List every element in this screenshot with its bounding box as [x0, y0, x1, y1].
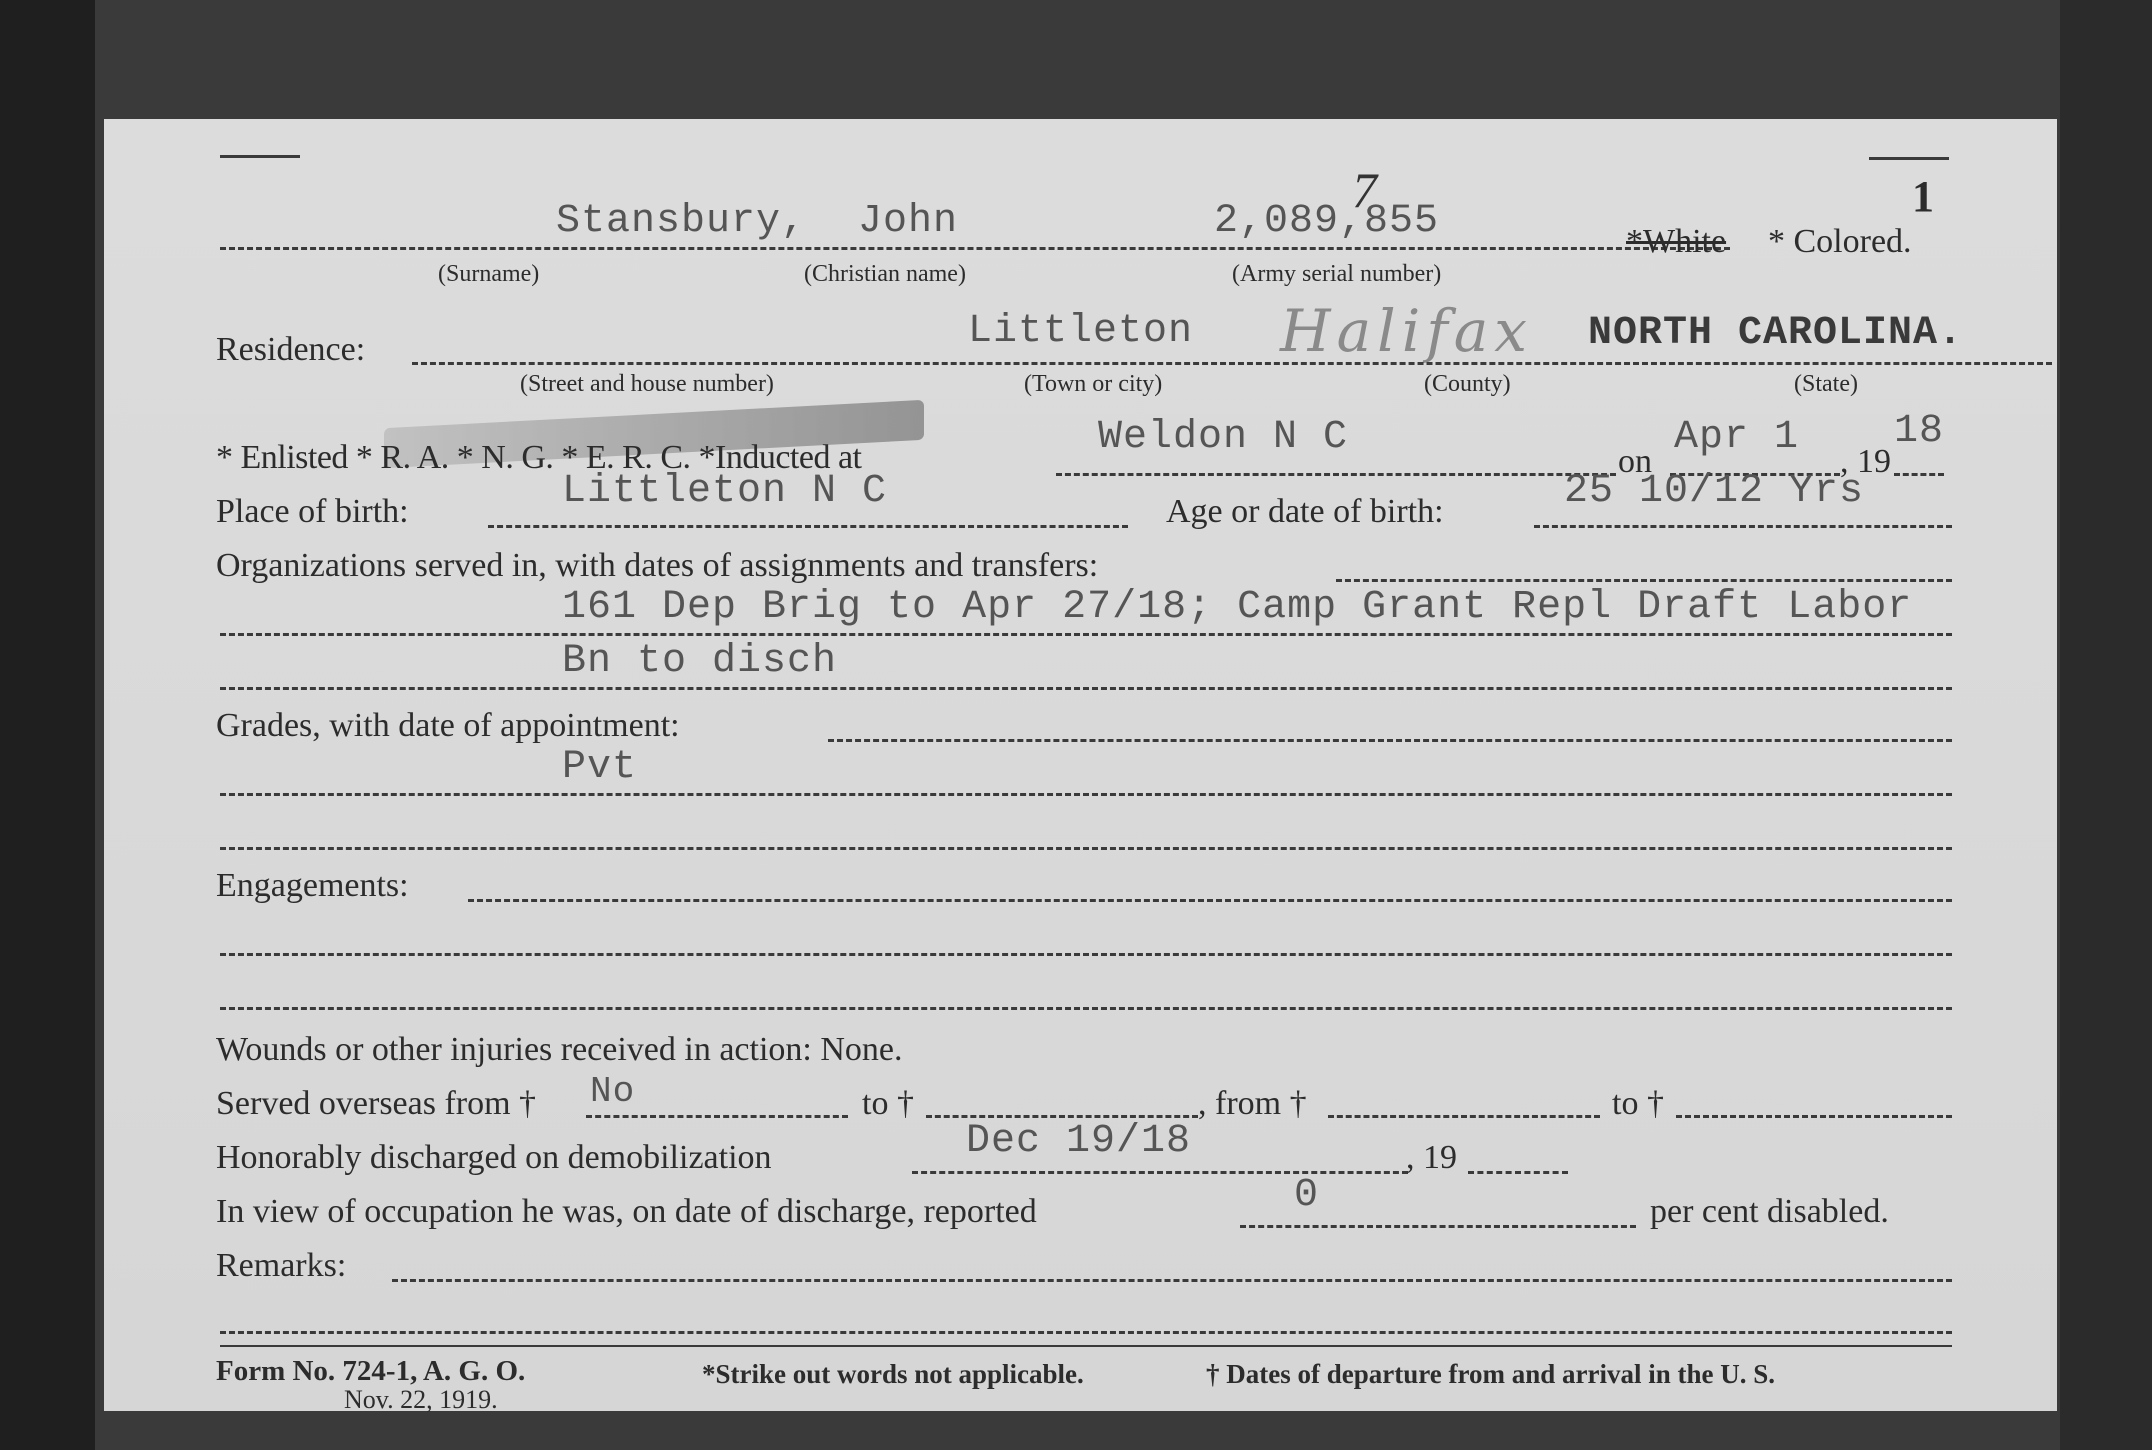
engagements-line-2 [220, 1007, 1952, 1010]
form-date: Nov. 22, 1919. [344, 1385, 498, 1415]
engagements-label: Engagements: [216, 867, 409, 905]
wounds-label: Wounds or other injuries received in act… [216, 1031, 903, 1069]
christian-name-value: John [858, 199, 958, 244]
disability-line [1240, 1225, 1636, 1228]
organizations-line1-value: 161 Dep Brig to Apr 27/18; Camp Grant Re… [562, 585, 1912, 630]
induction-year-line [1894, 473, 1944, 476]
overseas-from2-label: , from † [1198, 1085, 1307, 1123]
grades-line-2 [220, 847, 1952, 850]
caption-street: (Street and house number) [520, 371, 774, 398]
overseas-from-line [586, 1115, 848, 1118]
footer-rule [220, 1345, 1952, 1347]
footnote-dates: † Dates of departure from and arrival in… [1206, 1359, 1775, 1390]
residence-line [412, 362, 2052, 365]
corner-tick-left [220, 155, 300, 158]
place-of-birth-label: Place of birth: [216, 493, 409, 531]
overseas-label: Served overseas from † [216, 1085, 536, 1123]
grades-label: Grades, with date of appointment: [216, 707, 680, 745]
caption-surname: (Surname) [438, 261, 539, 288]
footnote-strike-out: *Strike out words not applicable. [702, 1359, 1084, 1390]
serial-number-value: 2,089,855 [1214, 199, 1439, 244]
engagements-line-1 [220, 953, 1952, 956]
remarks-line-0 [392, 1279, 1952, 1282]
age-value: 25 10/12 Yrs [1564, 469, 1864, 514]
induction-place-line [1056, 473, 1616, 476]
grades-value: Pvt [562, 745, 637, 790]
remarks-label: Remarks: [216, 1247, 346, 1285]
remarks-line-1 [220, 1331, 1952, 1334]
organizations-line2-value: Bn to disch [562, 639, 837, 684]
engagements-line-0 [468, 899, 1952, 902]
caption-christian-name: (Christian name) [804, 261, 966, 288]
card-number: 1 [1912, 171, 1934, 222]
caption-state: (State) [1794, 371, 1858, 398]
caption-town: (Town or city) [1024, 371, 1162, 398]
age-label: Age or date of birth: [1166, 493, 1444, 531]
place-of-birth-value: Littleton N C [562, 469, 887, 514]
induction-date-value: Apr 1 [1674, 415, 1799, 460]
overseas-to2-label: to † [1612, 1085, 1664, 1123]
surname-value: Stansbury, [556, 199, 806, 244]
organizations-line-2 [220, 687, 1952, 690]
grades-line-1 [220, 793, 1952, 796]
race-white-struck: *White [1626, 223, 1726, 261]
disability-suffix: per cent disabled. [1650, 1193, 1889, 1231]
place-of-birth-line [488, 525, 1128, 528]
induction-year-value: 18 [1894, 409, 1944, 454]
disability-value: 0 [1294, 1173, 1319, 1218]
overseas-to2-line [1676, 1115, 1952, 1118]
organizations-line-0 [1336, 579, 1952, 582]
overseas-from-value: No [590, 1071, 635, 1112]
disability-label: In view of occupation he was, on date of… [216, 1193, 1037, 1231]
scanner-edge-right [2060, 0, 2152, 1450]
caption-serial-number: (Army serial number) [1232, 261, 1441, 288]
overseas-to-label: to † [862, 1085, 914, 1123]
residence-label: Residence: [216, 331, 365, 369]
discharge-date-value: Dec 19/18 [966, 1119, 1191, 1164]
residence-county-value: Halifax [1280, 297, 1533, 365]
discharge-year-label: , 19 [1406, 1139, 1457, 1177]
service-record-card: 1 Stansbury, John 2,089,855 7 *White * C… [104, 119, 2057, 1411]
discharge-date-line [912, 1171, 1408, 1174]
scanner-edge-left [0, 0, 95, 1450]
overseas-to-line [926, 1115, 1198, 1118]
residence-town-value: Littleton [968, 309, 1193, 354]
discharge-year-line [1468, 1171, 1568, 1174]
form-number: Form No. 724-1, A. G. O. [216, 1355, 525, 1388]
corner-tick-right [1869, 157, 1949, 160]
induction-place-value: Weldon N C [1098, 415, 1348, 460]
overseas-from2-line [1328, 1115, 1600, 1118]
discharge-label: Honorably discharged on demobilization [216, 1139, 772, 1177]
name-line [220, 247, 1730, 250]
age-line [1534, 525, 1952, 528]
grades-line-0 [828, 739, 1952, 742]
race-colored: * Colored. [1768, 223, 1912, 261]
organizations-line-1 [220, 633, 1952, 636]
residence-state-value: NORTH CAROLINA. [1588, 311, 1963, 356]
caption-county: (County) [1424, 371, 1511, 398]
serial-correction-mark: 7 [1352, 161, 1377, 219]
organizations-label: Organizations served in, with dates of a… [216, 547, 1098, 585]
